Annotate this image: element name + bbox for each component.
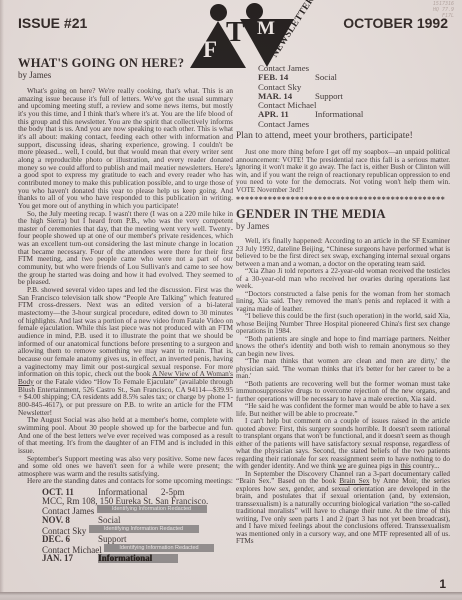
figure-head-icon — [210, 4, 227, 21]
paragraph: “Xia Zhao Ji told reporters a 22-year-ol… — [236, 268, 450, 291]
logo-letter-t: T — [226, 19, 245, 47]
paragraph: P.B. showed several video tapes and led … — [18, 286, 233, 416]
paragraph: Just one more thing before I get off my … — [236, 149, 450, 194]
left-column: WHAT'S GOING ON HERE? by James What's go… — [18, 56, 233, 563]
byline: by James — [18, 70, 233, 80]
schedule-type: Social — [98, 516, 161, 525]
schedule-type-over-redaction: Informational — [98, 554, 178, 563]
scan-bottom-edge — [0, 592, 462, 600]
schedule-row: JAN. 17Informational — [42, 554, 233, 563]
schedule-type: Informational — [315, 109, 363, 119]
redaction-box: Identifying Information Redacted — [97, 505, 207, 513]
schedule-row: Contact James Identifying Information Re… — [42, 505, 233, 516]
asterisk-divider: ****************************************… — [236, 195, 450, 204]
handwritten-call-number: 1517316 HQ 77.9 F17L — [433, 1, 454, 19]
schedule-row: Contact Sky Identifying Information Reda… — [42, 525, 233, 536]
issue-number: ISSUE #21 — [18, 15, 87, 31]
schedule-date: DEC. 6 — [42, 535, 98, 544]
schedule-type: Social — [315, 72, 337, 82]
schedule-date: JAN. 17 — [42, 554, 98, 563]
paragraph: “Both patients are single and hope to fi… — [236, 336, 450, 359]
right-column: Contact James FEB. 14Social Contact Sky … — [236, 64, 450, 546]
scan-edge-shadow — [0, 0, 4, 600]
paragraph: I can't help but comment on a couple of … — [236, 418, 450, 471]
paragraph: Well, it's finally happened: According t… — [236, 238, 450, 268]
schedule-date: NOV. 8 — [42, 516, 98, 525]
page-number: 1 — [439, 577, 446, 591]
paragraph: So, the July meeting recap. I wasn't the… — [18, 210, 233, 287]
paragraph: September's Support meeting was also ver… — [18, 455, 233, 478]
paragraph: In September the Discovery Channel ran a… — [236, 471, 450, 546]
paragraph: Here are the standing dates and contacts… — [18, 477, 233, 485]
meeting-schedule-continued: Contact James FEB. 14Social Contact Sky … — [236, 64, 450, 129]
paragraph: What's going on here? We're really cooki… — [18, 87, 233, 210]
paragraph: “I believe this could be the first (such… — [236, 313, 450, 336]
schedule-venue: MCC, Rm 108, 150 Eureka St. San Francisc… — [42, 497, 233, 506]
meeting-schedule: OCT. 11Informational2-5pm MCC, Rm 108, 1… — [18, 488, 233, 563]
article-heading: GENDER IN THE MEDIA — [236, 207, 450, 221]
schedule-type: Support — [315, 91, 343, 101]
schedule-row: NOV. 8Social — [42, 516, 233, 525]
paragraph: The August Social was also held at a mem… — [18, 416, 233, 454]
paragraph: “Doctors constructed a false penis for t… — [236, 291, 450, 314]
article-heading: WHAT'S GOING ON HERE? — [18, 56, 233, 70]
schedule-row: Contact James — [258, 120, 450, 129]
newsletter-page: ISSUE #21 OCTOBER 1992 1517316 HQ 77.9 F… — [0, 0, 462, 600]
paragraph: “Both patients are recovering well but t… — [236, 381, 450, 404]
paragraph: “The man thinks that women are clean and… — [236, 358, 450, 381]
handwriting-line: F17L — [433, 13, 454, 19]
paragraph: “He said he was confident the former man… — [236, 403, 450, 418]
schedule-row: DEC. 6Support — [42, 535, 233, 544]
byline: by James — [236, 221, 450, 231]
redaction-box: Identifying Information Redacted — [104, 544, 214, 552]
logo-letter-m: M — [257, 19, 275, 38]
attend-call-to-action: Plan to attend, meet your brothers, part… — [236, 131, 450, 142]
schedule-type: Support — [98, 535, 161, 544]
redaction-box: Identifying Information Redacted — [89, 525, 199, 533]
